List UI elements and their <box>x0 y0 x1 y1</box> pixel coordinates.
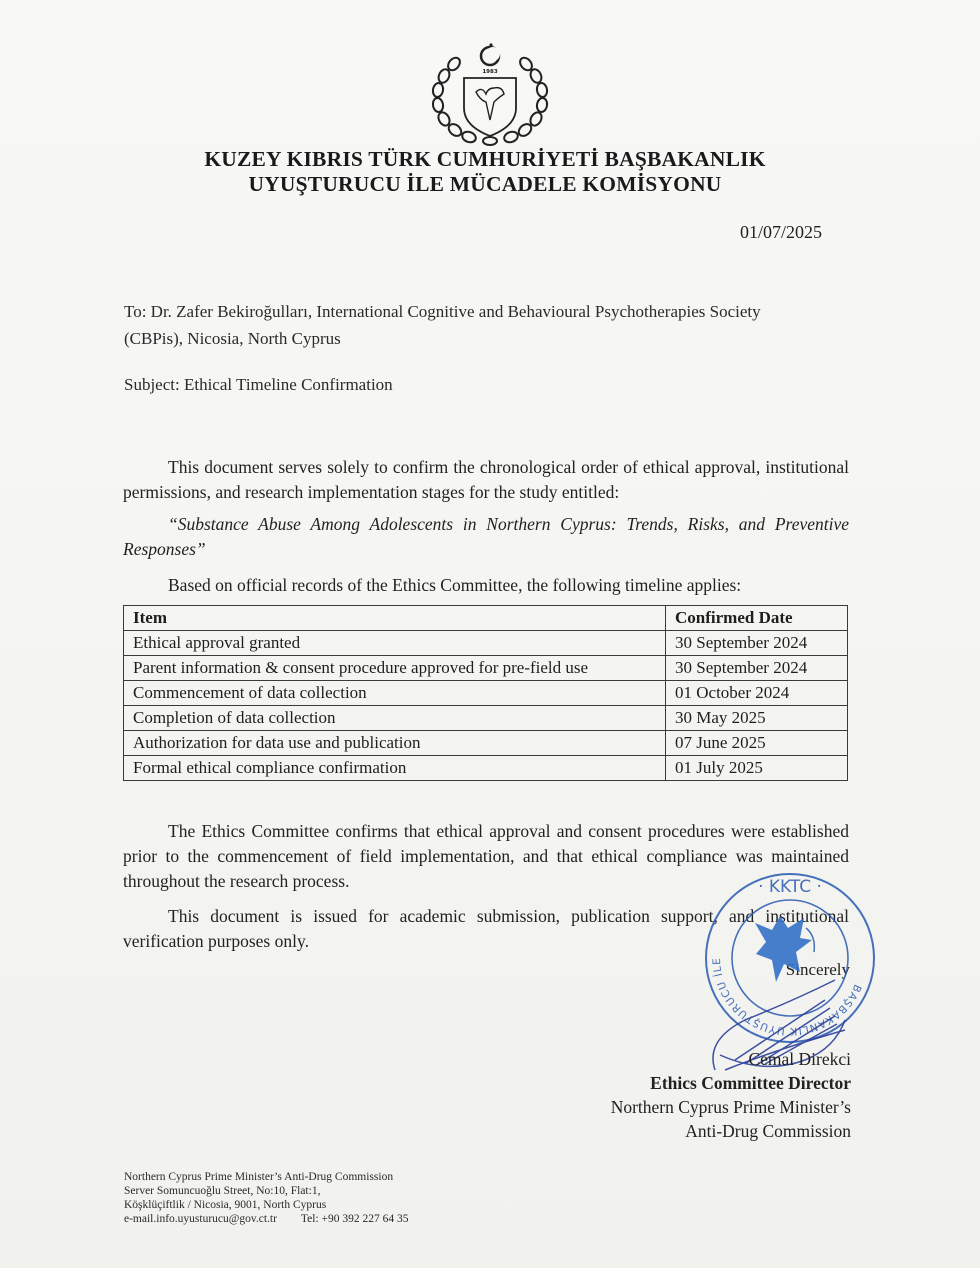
signatory-org-line-1: Northern Cyprus Prime Minister’s <box>540 1095 851 1119</box>
letterhead-title: KUZEY KIBRIS TÜRK CUMHURİYETİ BAŞBAKANLI… <box>180 147 790 197</box>
footer-tel: Tel: +90 392 227 64 35 <box>301 1213 409 1225</box>
coat-of-arms-emblem-icon: 1983 <box>424 40 556 148</box>
table-row: Parent information & consent procedure a… <box>124 656 848 681</box>
row-item: Completion of data collection <box>124 706 666 731</box>
footer-line-1: Northern Cyprus Prime Minister’s Anti-Dr… <box>124 1170 484 1184</box>
timeline-lead-paragraph: Based on official records of the Ethics … <box>123 573 849 598</box>
table-header-row: Item Confirmed Date <box>124 606 848 631</box>
recipient-block: To: Dr. Zafer Bekiroğulları, Internation… <box>124 298 824 352</box>
row-item: Ethical approval granted <box>124 631 666 656</box>
recipient-line-1: To: Dr. Zafer Bekiroğulları, Internation… <box>124 298 824 325</box>
footer-contact: e-mail.info.uyusturucu@gov.ct.trTel: +90… <box>124 1212 484 1226</box>
row-item: Parent information & consent procedure a… <box>124 656 666 681</box>
table-row: Formal ethical compliance confirmation 0… <box>124 756 848 781</box>
row-date: 30 September 2024 <box>666 631 848 656</box>
recipient-line-2: (CBPis), Nicosia, North Cyprus <box>124 325 824 352</box>
signatory-name: Cemal Direkci <box>540 1047 851 1071</box>
table-row: Completion of data collection 30 May 202… <box>124 706 848 731</box>
column-header-date: Confirmed Date <box>666 606 848 631</box>
letter-page: 1983 KUZEY KIBRIS TÜRK CUMHURİYETİ <box>0 0 980 1268</box>
letterhead-line-1: KUZEY KIBRIS TÜRK CUMHURİYETİ BAŞBAKANLI… <box>180 147 790 172</box>
letterhead-line-2: UYUŞTURUCU İLE MÜCADELE KOMİSYONU <box>180 172 790 197</box>
footer-line-2: Server Somuncuoğlu Street, No:10, Flat:1… <box>124 1184 484 1198</box>
footer-address: Northern Cyprus Prime Minister’s Anti-Dr… <box>124 1170 484 1226</box>
signature-block: Cemal Direkci Ethics Committee Director … <box>540 1047 851 1143</box>
table-row: Ethical approval granted 30 September 20… <box>124 631 848 656</box>
svg-text:1983: 1983 <box>482 69 497 75</box>
signatory-role: Ethics Committee Director <box>540 1071 851 1095</box>
row-date: 30 September 2024 <box>666 656 848 681</box>
study-title: “Substance Abuse Among Adolescents in No… <box>123 512 849 562</box>
row-date: 07 June 2025 <box>666 731 848 756</box>
signatory-org-line-2: Anti-Drug Commission <box>540 1119 851 1143</box>
row-date: 30 May 2025 <box>666 706 848 731</box>
svg-text:· KKTC ·: · KKTC · <box>758 877 822 897</box>
row-item: Formal ethical compliance confirmation <box>124 756 666 781</box>
subject-line: Subject: Ethical Timeline Confirmation <box>124 375 824 395</box>
row-date: 01 October 2024 <box>666 681 848 706</box>
column-header-item: Item <box>124 606 666 631</box>
footer-line-3: Köşklüçiftlik / Nicosia, 9001, North Cyp… <box>124 1198 484 1212</box>
footer-email: e-mail.info.uyusturucu@gov.ct.tr <box>124 1213 277 1225</box>
intro-text: This document serves solely to confirm t… <box>123 457 849 502</box>
table-row: Authorization for data use and publicati… <box>124 731 848 756</box>
row-item: Authorization for data use and publicati… <box>124 731 666 756</box>
intro-paragraph: This document serves solely to confirm t… <box>123 455 849 505</box>
timeline-lead-text: Based on official records of the Ethics … <box>168 575 741 595</box>
table-row: Commencement of data collection 01 Octob… <box>124 681 848 706</box>
study-title-text: “Substance Abuse Among Adolescents in No… <box>123 514 849 559</box>
row-item: Commencement of data collection <box>124 681 666 706</box>
timeline-table: Item Confirmed Date Ethical approval gra… <box>123 605 848 781</box>
row-date: 01 July 2025 <box>666 756 848 781</box>
letter-date: 01/07/2025 <box>680 222 822 243</box>
